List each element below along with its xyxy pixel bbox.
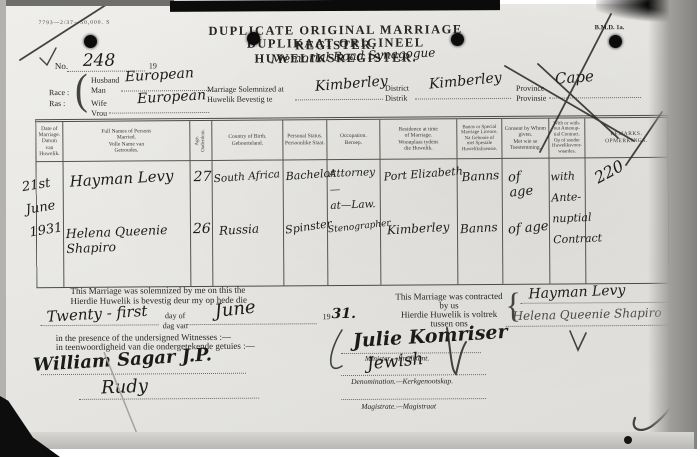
column-header-residence: Residence at time of Marriage. Woonplaas… — [398, 127, 438, 152]
column-header-country: Country of Birth. Geboorteland. — [228, 134, 266, 147]
province-value: Cape — [554, 67, 594, 88]
bride-age: 26 — [193, 221, 211, 237]
column-header-date: Date of Marriage. Datum van Huwelik. — [39, 126, 61, 157]
dotted-line — [415, 97, 511, 100]
groom-name: Hayman Levy — [69, 167, 174, 191]
bride-status: Spinster — [284, 217, 332, 237]
column-header-names: Full Names of Persons Married. Volle Nam… — [101, 129, 151, 154]
bride-country: Russia — [219, 222, 260, 238]
column-header-remarks: REMARKS. OPMERKINGS. — [605, 131, 648, 144]
column-banns: Banns or Special Marriage Licence. Na Ge… — [457, 119, 503, 284]
dotted-line — [295, 98, 383, 101]
column-status: Personal Status. Persoonlike Staat. Bach… — [283, 120, 328, 285]
dotted-line — [521, 301, 669, 304]
punch-hole — [609, 35, 622, 48]
groom-banns: Banns — [461, 168, 499, 184]
column-occupation: Occupation. Beroep. Attorney— at—Law. St… — [327, 120, 381, 285]
bride-consent: of age — [507, 219, 549, 238]
scan-edge-right-band — [648, 0, 697, 449]
paper-bottom-shadow — [0, 432, 694, 449]
dotted-line — [187, 322, 317, 325]
groom-signature: Hayman Levy — [528, 282, 626, 302]
register-form: 7793—2/37—50,000. S B.M.D. 1a. DUPLICATE… — [0, 0, 700, 457]
denomination-label: Denomination.—Kerkgenootskap. — [351, 376, 453, 386]
bride-banns: Banns — [460, 220, 498, 236]
dotted-line — [79, 397, 259, 400]
bride-signature: Helena Queenie Shapiro — [512, 306, 661, 324]
wife-label: Wife Vrou — [91, 99, 107, 119]
province-label: Province Provinsie — [516, 84, 546, 105]
column-names: Full Names of Persons Married. Volle Nam… — [63, 121, 191, 287]
groom-residence: Port Elizabeth — [383, 164, 463, 183]
race-brace: ( — [75, 65, 88, 116]
scan-margin-bottom — [0, 449, 700, 457]
dotted-line — [41, 372, 246, 375]
column-country: Country of Birth. Geboorteland. South Af… — [212, 120, 284, 285]
race-label: Race : Ras : — [49, 87, 69, 110]
dotted-line — [109, 111, 209, 114]
dotted-line — [341, 397, 486, 400]
ink-spot — [624, 436, 632, 444]
magistrate-label: Magistrate.—Magistraat — [361, 401, 436, 411]
bride-name: Helena Queenie Shapiro — [65, 221, 190, 256]
groom-age: 27 — [194, 169, 212, 185]
denomination-value: Jewish — [366, 349, 424, 374]
year-handwritten: 31. — [332, 306, 356, 322]
print-code: 7793—2/37—50,000. S — [39, 20, 111, 27]
district-label: District Distrik — [385, 84, 409, 105]
day-handwritten: Twenty - first — [46, 302, 148, 326]
punch-hole — [451, 33, 464, 46]
column-date: Date of Marriage. Datum van Huwelik. 21s… — [36, 122, 64, 287]
scanned-marriage-register: 7793—2/37—50,000. S B.M.D. 1a. DUPLICATE… — [0, 0, 700, 457]
remark-number-value: 220 — [591, 156, 627, 187]
scan-edge-top-bar — [170, 0, 500, 12]
solemnized-at-value: Kimberley — [314, 73, 388, 95]
column-contract: With or with- out Antenup- tial Contract… — [549, 118, 586, 283]
dotted-line — [506, 324, 671, 327]
marriage-date-value: 21st June 1931 — [20, 172, 64, 245]
column-header-age: Age. Ouderdom. — [195, 129, 206, 152]
punch-hole — [247, 32, 260, 45]
register-number-value: 248 — [83, 51, 116, 71]
minister-signature: Julie Komriser — [352, 321, 508, 352]
solemnized-at-label: Marriage Solemnized at Huwelik Bevestig … — [207, 84, 284, 105]
column-residence: Residence at time of Marriage. Woonplaas… — [380, 119, 458, 285]
column-header-contract: With or with- out Antenup- tial Contract… — [552, 121, 582, 155]
register-table: Date of Marriage. Datum van Huwelik. 21s… — [35, 115, 669, 288]
year-prefix-bottom: 19 — [323, 312, 331, 321]
district-value: Kimberley — [428, 70, 502, 93]
husband-label: Husband Man — [91, 76, 120, 96]
day-of-label: day of dag van — [163, 311, 188, 330]
form-code: B.M.D. 1a. — [595, 24, 625, 31]
column-header-status: Personal Status. Persoonlike Staat. — [285, 134, 325, 147]
scan-edge-top-left — [0, 0, 174, 6]
column-header-occupation: Occupation. Beroep. — [340, 133, 367, 145]
column-consent: Consent by Whom given. Met wie se Toeste… — [502, 119, 550, 284]
column-age: Age. Ouderdom. 27 26 — [190, 121, 213, 286]
column-header-consent: Consent by Whom given. Met wie se Toeste… — [505, 126, 546, 151]
scan-edge-left-strip — [0, 0, 6, 457]
punch-hole — [84, 35, 97, 48]
groom-occupation: Attorney— at—Law. — [329, 165, 381, 214]
witness2-signature: Rudy — [101, 376, 149, 399]
groom-country: South Africa — [213, 168, 280, 185]
wife-race-value: European — [137, 87, 207, 107]
month-handwritten: June — [214, 297, 257, 322]
column-header-banns: Banns or Special Marriage Licence. Na Ge… — [461, 124, 498, 152]
dotted-line — [549, 96, 641, 99]
bride-residence: Kimberley — [387, 220, 450, 238]
husband-race-value: European — [125, 65, 195, 85]
groom-consent: of age — [507, 167, 550, 201]
